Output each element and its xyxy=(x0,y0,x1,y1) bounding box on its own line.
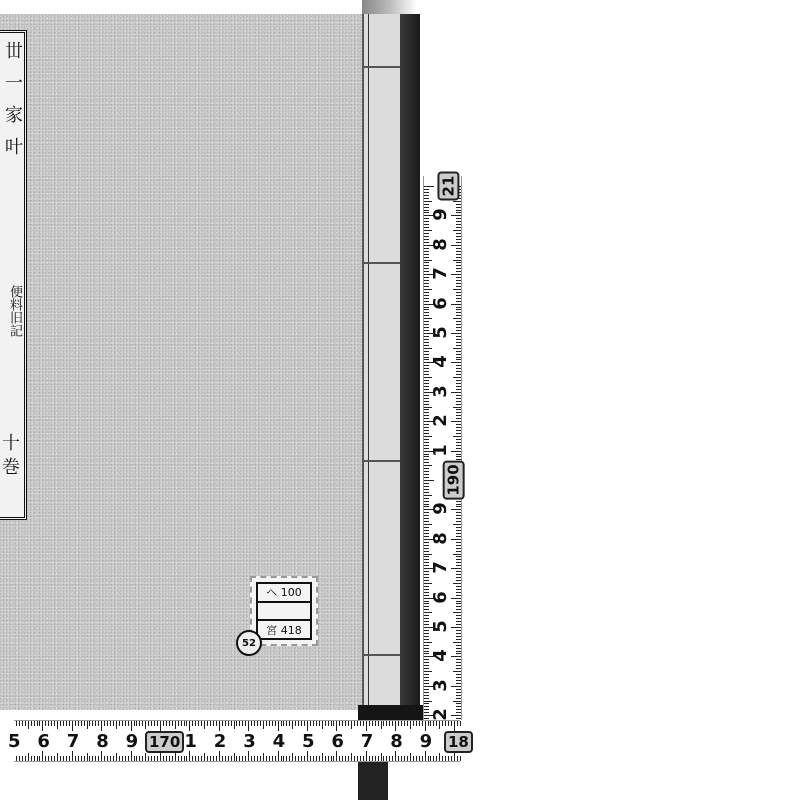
ruler-tick xyxy=(110,756,111,761)
ruler-tick xyxy=(442,721,443,726)
ruler-tick xyxy=(54,721,55,726)
ruler-tick xyxy=(456,324,461,325)
ruler-tick xyxy=(266,721,267,726)
ruler-tick xyxy=(386,721,387,726)
ruler-tick xyxy=(453,348,461,349)
ruler-tick xyxy=(92,756,93,761)
ruler-tick xyxy=(424,254,429,255)
ruler-tick xyxy=(456,577,461,578)
ruler-tick xyxy=(439,721,440,729)
ruler-label: 4 xyxy=(430,356,451,369)
ruler-tick xyxy=(424,492,429,493)
ruler-tick xyxy=(456,533,461,534)
ruler-label: 9 xyxy=(430,209,451,222)
ruler-tick xyxy=(342,721,343,726)
ruler-tick xyxy=(272,721,273,726)
ruler-tick xyxy=(322,753,323,761)
ruler-tick xyxy=(163,756,164,761)
ruler-tick xyxy=(456,442,461,443)
ruler-tick xyxy=(456,265,461,266)
ruler-tick xyxy=(424,495,432,496)
ruler-tick xyxy=(456,559,461,560)
ruler-tick xyxy=(254,721,255,726)
ruler-tick xyxy=(456,630,461,631)
ruler-tick xyxy=(28,753,29,761)
ruler-tick xyxy=(424,330,429,331)
ruler-tick xyxy=(424,189,429,190)
ruler-tick xyxy=(424,221,429,222)
ruler-tick xyxy=(19,721,20,726)
ruler-tick xyxy=(456,592,461,593)
ruler-tick xyxy=(424,230,432,231)
ruler-tick xyxy=(219,721,220,731)
ruler-tick xyxy=(222,721,223,726)
ruler-label: 8 xyxy=(96,731,109,752)
ruler-tick xyxy=(172,756,173,761)
ruler-tick xyxy=(272,756,273,761)
ruler-tick xyxy=(451,451,461,452)
ruler-tick xyxy=(422,756,423,761)
ruler-tick xyxy=(456,404,461,405)
ruler-tick xyxy=(456,315,461,316)
ruler-tick xyxy=(31,721,32,726)
ruler-tick xyxy=(119,756,120,761)
ruler-tick xyxy=(419,756,420,761)
ruler-tick xyxy=(389,756,390,761)
ruler-tick xyxy=(228,721,229,726)
ruler-tick xyxy=(310,721,311,726)
ruler-tick xyxy=(336,751,337,761)
ruler-tick xyxy=(424,712,429,713)
ruler-tick xyxy=(424,439,429,440)
ruler-tick xyxy=(113,756,114,761)
ruler-tick xyxy=(424,554,432,555)
ruler-tick xyxy=(39,756,40,761)
ruler-tick xyxy=(424,359,429,360)
ruler-tick xyxy=(16,721,17,726)
below-shadow xyxy=(358,758,388,800)
ruler-tick xyxy=(157,756,158,761)
ruler-tick xyxy=(186,756,187,761)
ruler-tick xyxy=(428,721,429,726)
ruler-tick xyxy=(424,415,429,416)
ruler-tick xyxy=(425,721,426,731)
ruler-tick xyxy=(439,753,440,761)
ruler-tick xyxy=(456,218,461,219)
ruler-tick xyxy=(322,721,323,729)
ruler-tick xyxy=(424,524,432,525)
ruler-tick xyxy=(424,665,429,666)
ruler-tick xyxy=(66,756,67,761)
ruler-tick xyxy=(424,262,429,263)
binding-stitch xyxy=(364,460,402,462)
ruler-tick xyxy=(424,559,429,560)
ruler-tick xyxy=(451,392,461,393)
ruler-tick xyxy=(51,721,52,726)
ruler-tick xyxy=(151,721,152,726)
ruler-tick xyxy=(424,345,429,346)
ruler-tick xyxy=(456,415,461,416)
ruler-tick xyxy=(139,756,140,761)
ruler-tick xyxy=(448,721,449,726)
ruler-tick xyxy=(451,686,461,687)
ruler-tick xyxy=(192,721,193,726)
ruler-tick xyxy=(424,621,429,622)
ruler-tick xyxy=(381,721,382,729)
ruler-tick xyxy=(451,539,461,540)
ruler-tick xyxy=(424,448,429,449)
ruler-tick xyxy=(424,227,429,228)
ruler-tick xyxy=(172,721,173,726)
ruler-tick xyxy=(456,395,461,396)
ruler-tick xyxy=(239,756,240,761)
ruler-tick xyxy=(307,721,308,731)
ruler-tick xyxy=(195,721,196,726)
binding-stitch xyxy=(364,654,402,656)
ruler-tick xyxy=(424,198,429,199)
ruler-tick xyxy=(325,756,326,761)
ruler-tick xyxy=(125,756,126,761)
ruler-tick xyxy=(456,307,461,308)
ruler-label: 7 xyxy=(361,731,374,752)
ruler-tick xyxy=(360,721,361,726)
ruler-tick xyxy=(456,224,461,225)
ruler-tick xyxy=(304,721,305,726)
ruler-tick xyxy=(216,721,217,726)
ruler-tick xyxy=(456,698,461,699)
ruler-tick xyxy=(157,721,158,726)
ruler-tick xyxy=(78,756,79,761)
ruler-tick xyxy=(375,721,376,726)
ruler-tick xyxy=(453,701,461,702)
ruler-tick xyxy=(424,380,429,381)
ruler-tick xyxy=(424,548,429,549)
ruler-tick xyxy=(453,583,461,584)
ruler-tick xyxy=(116,721,117,729)
ruler-tick xyxy=(453,318,461,319)
ruler-tick xyxy=(456,448,461,449)
ruler-tick xyxy=(228,756,229,761)
ruler-tick xyxy=(163,721,164,726)
ruler-tick xyxy=(413,721,414,726)
ruler-tick xyxy=(430,721,431,726)
ruler-label: 6 xyxy=(430,297,451,310)
ruler-tick xyxy=(456,424,461,425)
ruler-tick xyxy=(424,677,429,678)
ruler-tick xyxy=(175,753,176,761)
ruler-tick xyxy=(456,221,461,222)
ruler-tick xyxy=(383,721,384,726)
ruler-tick xyxy=(78,721,79,726)
ruler-tick xyxy=(389,721,390,726)
ruler-tick xyxy=(413,756,414,761)
ruler-tick xyxy=(110,721,111,726)
ruler-tick xyxy=(289,721,290,726)
ruler-tick xyxy=(234,753,235,761)
ruler-tick xyxy=(198,721,199,726)
ruler-tick xyxy=(181,756,182,761)
ruler-tick xyxy=(392,756,393,761)
ruler-tick xyxy=(304,756,305,761)
ruler-tick xyxy=(372,756,373,761)
ruler-tick xyxy=(424,471,429,472)
ruler-tick xyxy=(281,756,282,761)
ruler-tick xyxy=(456,271,461,272)
ruler-tick xyxy=(416,756,417,761)
ruler-tick xyxy=(239,721,240,726)
ruler-tick xyxy=(424,518,429,519)
ruler-tick xyxy=(369,721,370,726)
ruler-tick xyxy=(424,662,429,663)
ruler-tick xyxy=(424,653,429,654)
ruler-tick xyxy=(392,721,393,726)
ruler-tick xyxy=(456,257,461,258)
ruler-tick xyxy=(424,639,429,640)
ruler-tick xyxy=(386,756,387,761)
ruler-tick xyxy=(34,721,35,726)
ruler-tick xyxy=(354,756,355,761)
ruler-tick xyxy=(424,609,429,610)
ruler-tick xyxy=(456,254,461,255)
ruler-tick xyxy=(456,439,461,440)
ruler-tick xyxy=(424,521,429,522)
ruler-tick xyxy=(16,756,17,761)
ruler-tick xyxy=(148,756,149,761)
ruler-tick xyxy=(60,756,61,761)
ruler-tick xyxy=(307,751,308,761)
ruler-tick xyxy=(424,271,429,272)
ruler-tick xyxy=(424,530,429,531)
ruler-tick xyxy=(430,756,431,761)
ruler-tick xyxy=(424,327,429,328)
ruler-tick xyxy=(424,295,429,296)
ruler-tick xyxy=(424,624,429,625)
ruler-tick xyxy=(263,753,264,761)
ruler-tick xyxy=(456,615,461,616)
ruler-tick xyxy=(453,671,461,672)
ruler-tick xyxy=(248,721,249,731)
ruler-tick xyxy=(457,756,458,761)
ruler-tick xyxy=(366,721,367,731)
ruler-tick xyxy=(424,545,429,546)
binding-stitch xyxy=(364,262,402,264)
ruler-tick xyxy=(31,756,32,761)
ruler-tick xyxy=(424,709,429,710)
ruler-label: 21 xyxy=(437,172,459,201)
ruler-tick xyxy=(328,756,329,761)
ruler-tick xyxy=(295,721,296,726)
label-row xyxy=(258,603,310,622)
ruler-tick xyxy=(424,671,432,672)
ruler-tick xyxy=(178,721,179,726)
ruler-tick xyxy=(456,248,461,249)
ruler-tick xyxy=(456,374,461,375)
ruler-tick xyxy=(424,515,429,516)
ruler-tick xyxy=(84,721,85,726)
ruler-tick xyxy=(289,756,290,761)
ruler-tick xyxy=(456,368,461,369)
ruler-tick xyxy=(424,377,432,378)
ruler-tick xyxy=(445,756,446,761)
ruler-tick xyxy=(424,689,429,690)
ruler-tick xyxy=(424,586,429,587)
ruler-tick xyxy=(42,751,43,761)
ruler-tick xyxy=(456,624,461,625)
ruler-tick xyxy=(104,756,105,761)
ruler-label: 9 xyxy=(420,731,433,752)
ruler-tick xyxy=(19,756,20,761)
ruler-tick xyxy=(101,721,102,731)
ruler-tick xyxy=(453,524,461,525)
ruler-tick xyxy=(424,454,429,455)
ruler-tick xyxy=(451,362,461,363)
ruler-tick xyxy=(451,245,461,246)
ruler-tick xyxy=(456,556,461,557)
ruler-tick xyxy=(95,721,96,726)
ruler-tick xyxy=(456,412,461,413)
ruler-tick xyxy=(39,721,40,726)
ruler-tick xyxy=(424,606,429,607)
ruler-tick xyxy=(424,315,429,316)
ruler-tick xyxy=(453,230,461,231)
ruler-tick xyxy=(456,551,461,552)
ruler-tick xyxy=(456,227,461,228)
ruler-tick xyxy=(398,721,399,726)
ruler-tick xyxy=(456,280,461,281)
ruler-tick xyxy=(407,721,408,726)
ruler-tick xyxy=(234,721,235,729)
ruler-tick xyxy=(456,365,461,366)
ruler-tick xyxy=(251,721,252,726)
ruler-tick xyxy=(424,257,429,258)
ruler-tick xyxy=(453,260,461,261)
ruler-tick xyxy=(201,756,202,761)
ruler-tick xyxy=(456,354,461,355)
ruler-tick xyxy=(456,527,461,528)
ruler-tick xyxy=(456,286,461,287)
ruler-tick xyxy=(424,474,429,475)
ruler-tick xyxy=(122,721,123,726)
ruler-tick xyxy=(275,756,276,761)
ruler-tick xyxy=(345,721,346,726)
ruler-tick xyxy=(357,756,358,761)
ruler-tick xyxy=(236,756,237,761)
ruler-tick xyxy=(456,589,461,590)
book-spine xyxy=(362,14,402,710)
ruler-tick xyxy=(313,721,314,726)
ruler-tick xyxy=(225,721,226,726)
ruler-tick xyxy=(424,565,429,566)
ruler-tick xyxy=(424,321,429,322)
ruler-tick xyxy=(339,721,340,726)
ruler-tick xyxy=(166,756,167,761)
ruler-tick xyxy=(357,721,358,726)
label-row: 宮 418 xyxy=(258,621,310,638)
ruler-label: 7 xyxy=(67,731,80,752)
ruler-tick xyxy=(424,201,432,202)
ruler-tick xyxy=(69,721,70,726)
ruler-tick xyxy=(225,756,226,761)
ruler-tick xyxy=(456,433,461,434)
ruler-tick xyxy=(456,674,461,675)
ruler-tick xyxy=(107,721,108,726)
ruler-tick xyxy=(456,359,461,360)
ruler-tick xyxy=(456,580,461,581)
ruler-tick xyxy=(433,721,434,726)
ruler-tick xyxy=(60,721,61,726)
ruler-tick xyxy=(236,721,237,726)
ruler-tick xyxy=(424,407,432,408)
ruler-tick xyxy=(345,756,346,761)
ruler-tick xyxy=(456,204,461,205)
ruler-tick xyxy=(424,286,429,287)
ruler-tick xyxy=(424,280,429,281)
ruler-tick xyxy=(316,756,317,761)
ruler-tick xyxy=(456,277,461,278)
ruler-tick xyxy=(456,301,461,302)
ruler-tick xyxy=(456,242,461,243)
ruler-tick xyxy=(269,756,270,761)
ruler-tick xyxy=(333,721,334,726)
ruler-tick xyxy=(424,468,429,469)
ruler-label: 2 xyxy=(214,731,227,752)
ruler-tick xyxy=(424,695,429,696)
ruler-label: 3 xyxy=(243,731,256,752)
ruler-tick xyxy=(134,756,135,761)
ruler-tick xyxy=(456,239,461,240)
ruler-tick xyxy=(178,756,179,761)
ruler-tick xyxy=(89,721,90,726)
ruler-tick xyxy=(169,721,170,726)
ruler-tick xyxy=(424,456,429,457)
ruler-label: 9 xyxy=(430,503,451,516)
ruler-tick xyxy=(456,709,461,710)
ruler-tick xyxy=(201,721,202,726)
ruler-tick xyxy=(151,756,152,761)
ruler-tick xyxy=(424,348,432,349)
ruler-tick xyxy=(48,721,49,726)
ruler-tick xyxy=(281,721,282,726)
ruler-tick xyxy=(369,756,370,761)
ruler-tick xyxy=(336,721,337,731)
ruler-tick xyxy=(424,289,432,290)
ruler-tick xyxy=(424,309,429,310)
ruler-tick xyxy=(456,501,461,502)
ruler-tick xyxy=(69,756,70,761)
ruler-tick xyxy=(456,603,461,604)
ruler-tick xyxy=(456,521,461,522)
ruler-tick xyxy=(424,268,429,269)
ruler-tick xyxy=(451,627,461,628)
ruler-tick xyxy=(424,301,429,302)
ruler-label: 7 xyxy=(430,267,451,280)
ruler-tick xyxy=(175,721,176,729)
ruler-tick xyxy=(145,753,146,761)
ruler-tick xyxy=(245,721,246,726)
ruler-tick xyxy=(436,721,437,726)
ruler-tick xyxy=(456,515,461,516)
ruler-tick xyxy=(424,433,429,434)
ruler-tick xyxy=(48,756,49,761)
ruler-tick xyxy=(424,577,429,578)
ruler-tick xyxy=(424,195,429,196)
ruler-tick xyxy=(424,424,429,425)
ruler-tick xyxy=(25,756,26,761)
ruler-tick xyxy=(424,324,429,325)
ruler-tick xyxy=(456,210,461,211)
ruler-label: 6 xyxy=(430,591,451,604)
ruler-tick xyxy=(254,756,255,761)
